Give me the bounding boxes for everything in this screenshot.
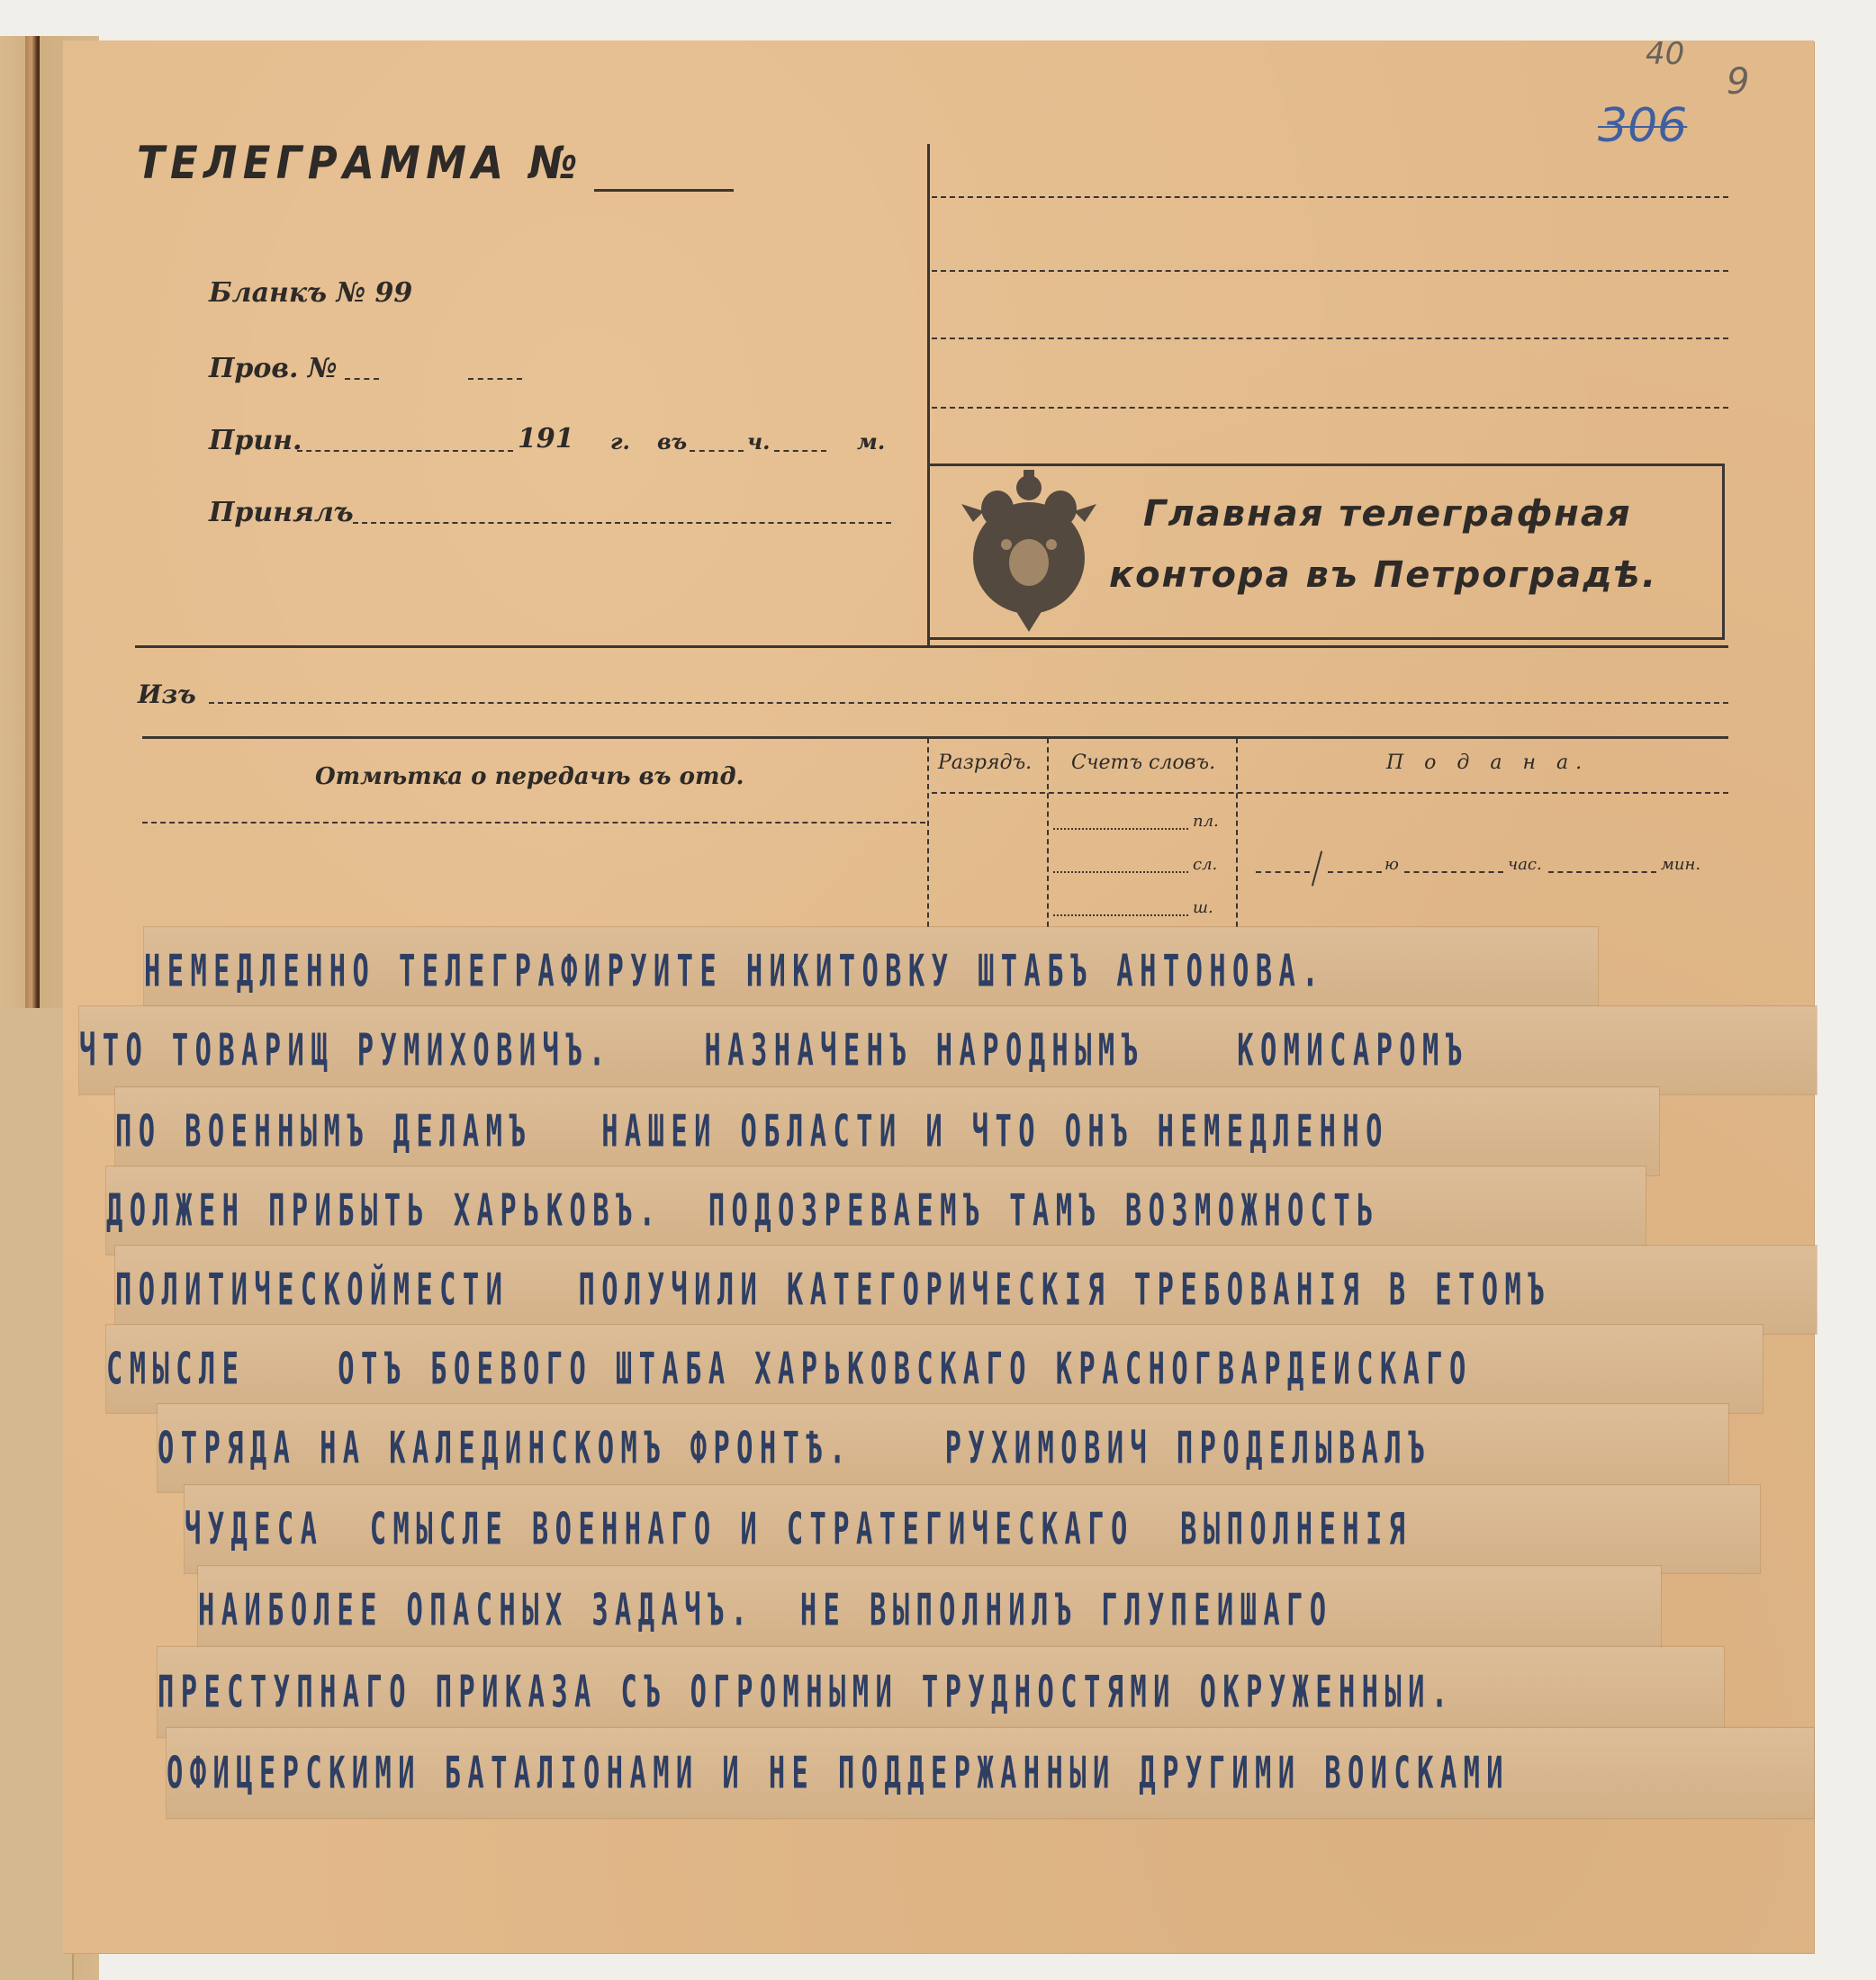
prov-number-line-2 xyxy=(468,378,522,380)
message-tape-3: ПО ВОЕННЫМЪ ДЕЛАМЪ НАШЕИ ОБЛАСТИ И ЧТО О… xyxy=(115,1087,1659,1175)
word-count-unit-3: ш. xyxy=(1193,898,1213,917)
prov-number-line xyxy=(345,378,379,380)
column-header-category: Разрядъ. xyxy=(938,751,1032,774)
prin-label: Прин. xyxy=(209,425,302,456)
prinyal-label: Принялъ xyxy=(209,497,354,528)
table-top-rule xyxy=(142,736,1728,739)
message-tape-10: ПРЕСТУПНАГО ПРИКАЗА СЪ ОГРОМНЫМИ ТРУДНОС… xyxy=(158,1647,1724,1737)
message-tape-2: ЧТО ТОВАРИЩ РУМИХОВИЧЪ. НАЗНАЧЕНЪ НАРОДН… xyxy=(79,1006,1817,1094)
hours-line xyxy=(690,450,744,452)
blank-number-label: Бланкъ № 99 xyxy=(209,277,412,309)
word-count-unit-1: пл. xyxy=(1193,812,1219,831)
v-label: въ xyxy=(657,428,687,454)
office-name-line-1: Главная телеграфная xyxy=(1143,493,1632,535)
table-col-divider-2 xyxy=(1047,738,1049,927)
folio-number: 306 xyxy=(1598,99,1687,153)
filed-hours-line xyxy=(1404,871,1503,873)
folio-pencil-top: 40 xyxy=(1646,36,1684,72)
address-line-1 xyxy=(932,196,1728,198)
from-line xyxy=(209,702,1728,704)
filed-minutes-label: мин. xyxy=(1661,855,1700,874)
column-header-word-count: Счетъ словъ. xyxy=(1071,751,1215,774)
prin-date-line xyxy=(297,450,513,452)
message-line-1: НЕМЕДЛЕННО ТЕЛЕГРАФИРУИТЕ НИКИТОВКУ ШТАБ… xyxy=(144,949,1325,994)
message-line-9: НАИБОЛЕЕ ОПАСНЫХ ЗАДАЧЪ. НЕ ВЫПОЛНИЛЪ ГЛ… xyxy=(198,1588,1333,1633)
message-line-3: ПО ВОЕННЫМЪ ДЕЛАМЪ НАШЕИ ОБЛАСТИ И ЧТО О… xyxy=(115,1110,1389,1154)
message-line-4: ДОЛЖЕН ПРИБЫТЬ ХАРЬКОВЪ. ПОДОЗРЕВАЕМЪ ТА… xyxy=(106,1189,1380,1233)
message-line-11: ОФИЦЕРСКИМИ БАТАЛІОНАМИ И НЕ ПОДДЕРЖАННЫ… xyxy=(167,1751,1510,1795)
telegram-number-line xyxy=(594,189,734,192)
column-header-filed: П о д а н а. xyxy=(1386,751,1589,774)
message-line-10: ПРЕСТУПНАГО ПРИКАЗА СЪ ОГРОМНЫМИ ТРУДНОС… xyxy=(158,1670,1455,1714)
transfer-note-label: Отмѣтка о передачѣ въ отд. xyxy=(315,763,744,790)
g-label: г. xyxy=(610,428,630,454)
table-col-divider-3 xyxy=(1236,738,1238,927)
double-headed-eagle-icon xyxy=(957,468,1101,634)
transfer-note-line xyxy=(142,822,925,823)
telegram-title: ТЕЛЕГРАММА № xyxy=(137,137,583,189)
address-line-2 xyxy=(932,270,1728,272)
message-tape-8: ЧУДЕСА СМЫСЛЕ ВОЕННАГО И СТРАТЕГИЧЕСКАГО… xyxy=(185,1485,1760,1573)
message-line-5: ПОЛИТИЧЕСКОЙМЕСТИ ПОЛУЧИЛИ КАТЕГОРИЧЕСКІ… xyxy=(115,1268,1551,1312)
office-name-line-2: контора въ Петроградѣ. xyxy=(1109,554,1657,596)
word-count-unit-2: сл. xyxy=(1193,855,1217,874)
message-tape-9: НАИБОЛЕЕ ОПАСНЫХ ЗАДАЧЪ. НЕ ВЫПОЛНИЛЪ ГЛ… xyxy=(198,1566,1661,1654)
address-line-4 xyxy=(932,407,1728,409)
table-col-divider-1 xyxy=(927,738,929,927)
message-tape-5: ПОЛИТИЧЕСКОЙМЕСТИ ПОЛУЧИЛИ КАТЕГОРИЧЕСКІ… xyxy=(115,1246,1817,1334)
message-tape-1: НЕМЕДЛЕННО ТЕЛЕГРАФИРУИТЕ НИКИТОВКУ ШТАБ… xyxy=(144,927,1598,1015)
year-label: 191 xyxy=(518,423,574,454)
message-tape-7: ОТРЯДА НА КАЛЕДИНСКОМЪ ФРОНТѢ. РУХИМОВИЧ… xyxy=(158,1404,1728,1492)
filed-day-suffix: ю xyxy=(1384,855,1399,874)
message-line-6: СМЫСЛЕ ОТЪ БОЕВОГО ШТАБА ХАРЬКОВСКАГО КР… xyxy=(106,1347,1473,1391)
address-line-3 xyxy=(932,337,1728,339)
from-label: Изъ xyxy=(138,679,196,709)
binding-rod xyxy=(25,36,40,1008)
filed-date-line xyxy=(1256,871,1310,873)
message-line-2: ЧТО ТОВАРИЩ РУМИХОВИЧЪ. НАЗНАЧЕНЪ НАРОДН… xyxy=(79,1029,1468,1073)
message-tape-11: ОФИЦЕРСКИМИ БАТАЛІОНАМИ И НЕ ПОДДЕРЖАННЫ… xyxy=(167,1728,1814,1818)
message-tape-6: СМЫСЛЕ ОТЪ БОЕВОГО ШТАБА ХАРЬКОВСКАГО КР… xyxy=(106,1325,1763,1413)
minutes-line xyxy=(774,450,826,452)
folio-pencil-right: 9 xyxy=(1727,61,1749,103)
prov-number-label: Пров. № xyxy=(209,353,338,384)
header-bottom-rule xyxy=(135,645,1728,648)
message-line-7: ОТРЯДА НА КАЛЕДИНСКОМЪ ФРОНТѢ. РУХИМОВИЧ… xyxy=(158,1426,1431,1471)
filed-day-line xyxy=(1328,871,1382,873)
filed-minutes-line xyxy=(1548,871,1656,873)
word-count-line-3 xyxy=(1053,914,1188,916)
message-line-8: ЧУДЕСА СМЫСЛЕ ВОЕННАГО И СТРАТЕГИЧЕСКАГО… xyxy=(185,1507,1412,1552)
word-count-line-2 xyxy=(1053,871,1188,873)
message-tape-4: ДОЛЖЕН ПРИБЫТЬ ХАРЬКОВЪ. ПОДОЗРЕВАЕМЪ ТА… xyxy=(106,1166,1646,1255)
m-label: м. xyxy=(857,428,885,454)
filed-hours-label: час. xyxy=(1508,855,1542,874)
table-header-rule xyxy=(932,792,1728,794)
word-count-line-1 xyxy=(1053,828,1188,830)
prinyal-line xyxy=(353,522,891,524)
ch-label: ч. xyxy=(747,428,771,454)
